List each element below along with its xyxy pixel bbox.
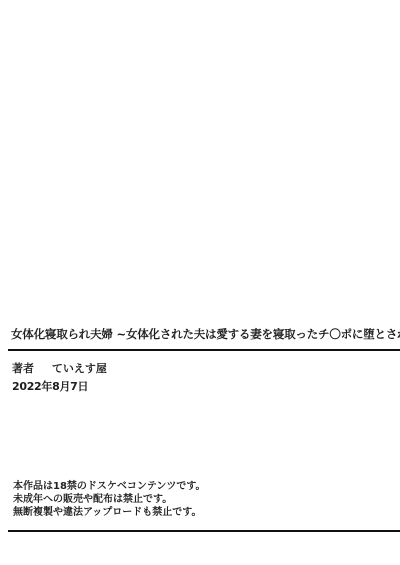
notice-line: 未成年への販売や配布は禁止です。 [13,493,206,506]
author-line: 著者 ていえす屋 [12,362,107,376]
bottom-divider [8,530,400,532]
notice-line: 無断複製や違法アップロードも禁止です。 [13,506,206,519]
title-divider [8,349,400,351]
publication-date: 2022年8月7日 [12,380,88,394]
notice-line: 本作品は18禁のドスケベコンテンツです。 [13,480,206,493]
colophon-page: 女体化寝取られ夫婦 ~女体化された夫は愛する妻を寝取ったチ〇ポに堕とされ~ 著者… [0,0,400,565]
book-title: 女体化寝取られ夫婦 ~女体化された夫は愛する妻を寝取ったチ〇ポに堕とされ~ [11,327,400,341]
author-label: 著者 [12,362,34,375]
author-name: ていえす屋 [52,362,107,375]
legal-notice: 本作品は18禁のドスケベコンテンツです。 未成年への販売や配布は禁止です。 無断… [13,480,206,519]
